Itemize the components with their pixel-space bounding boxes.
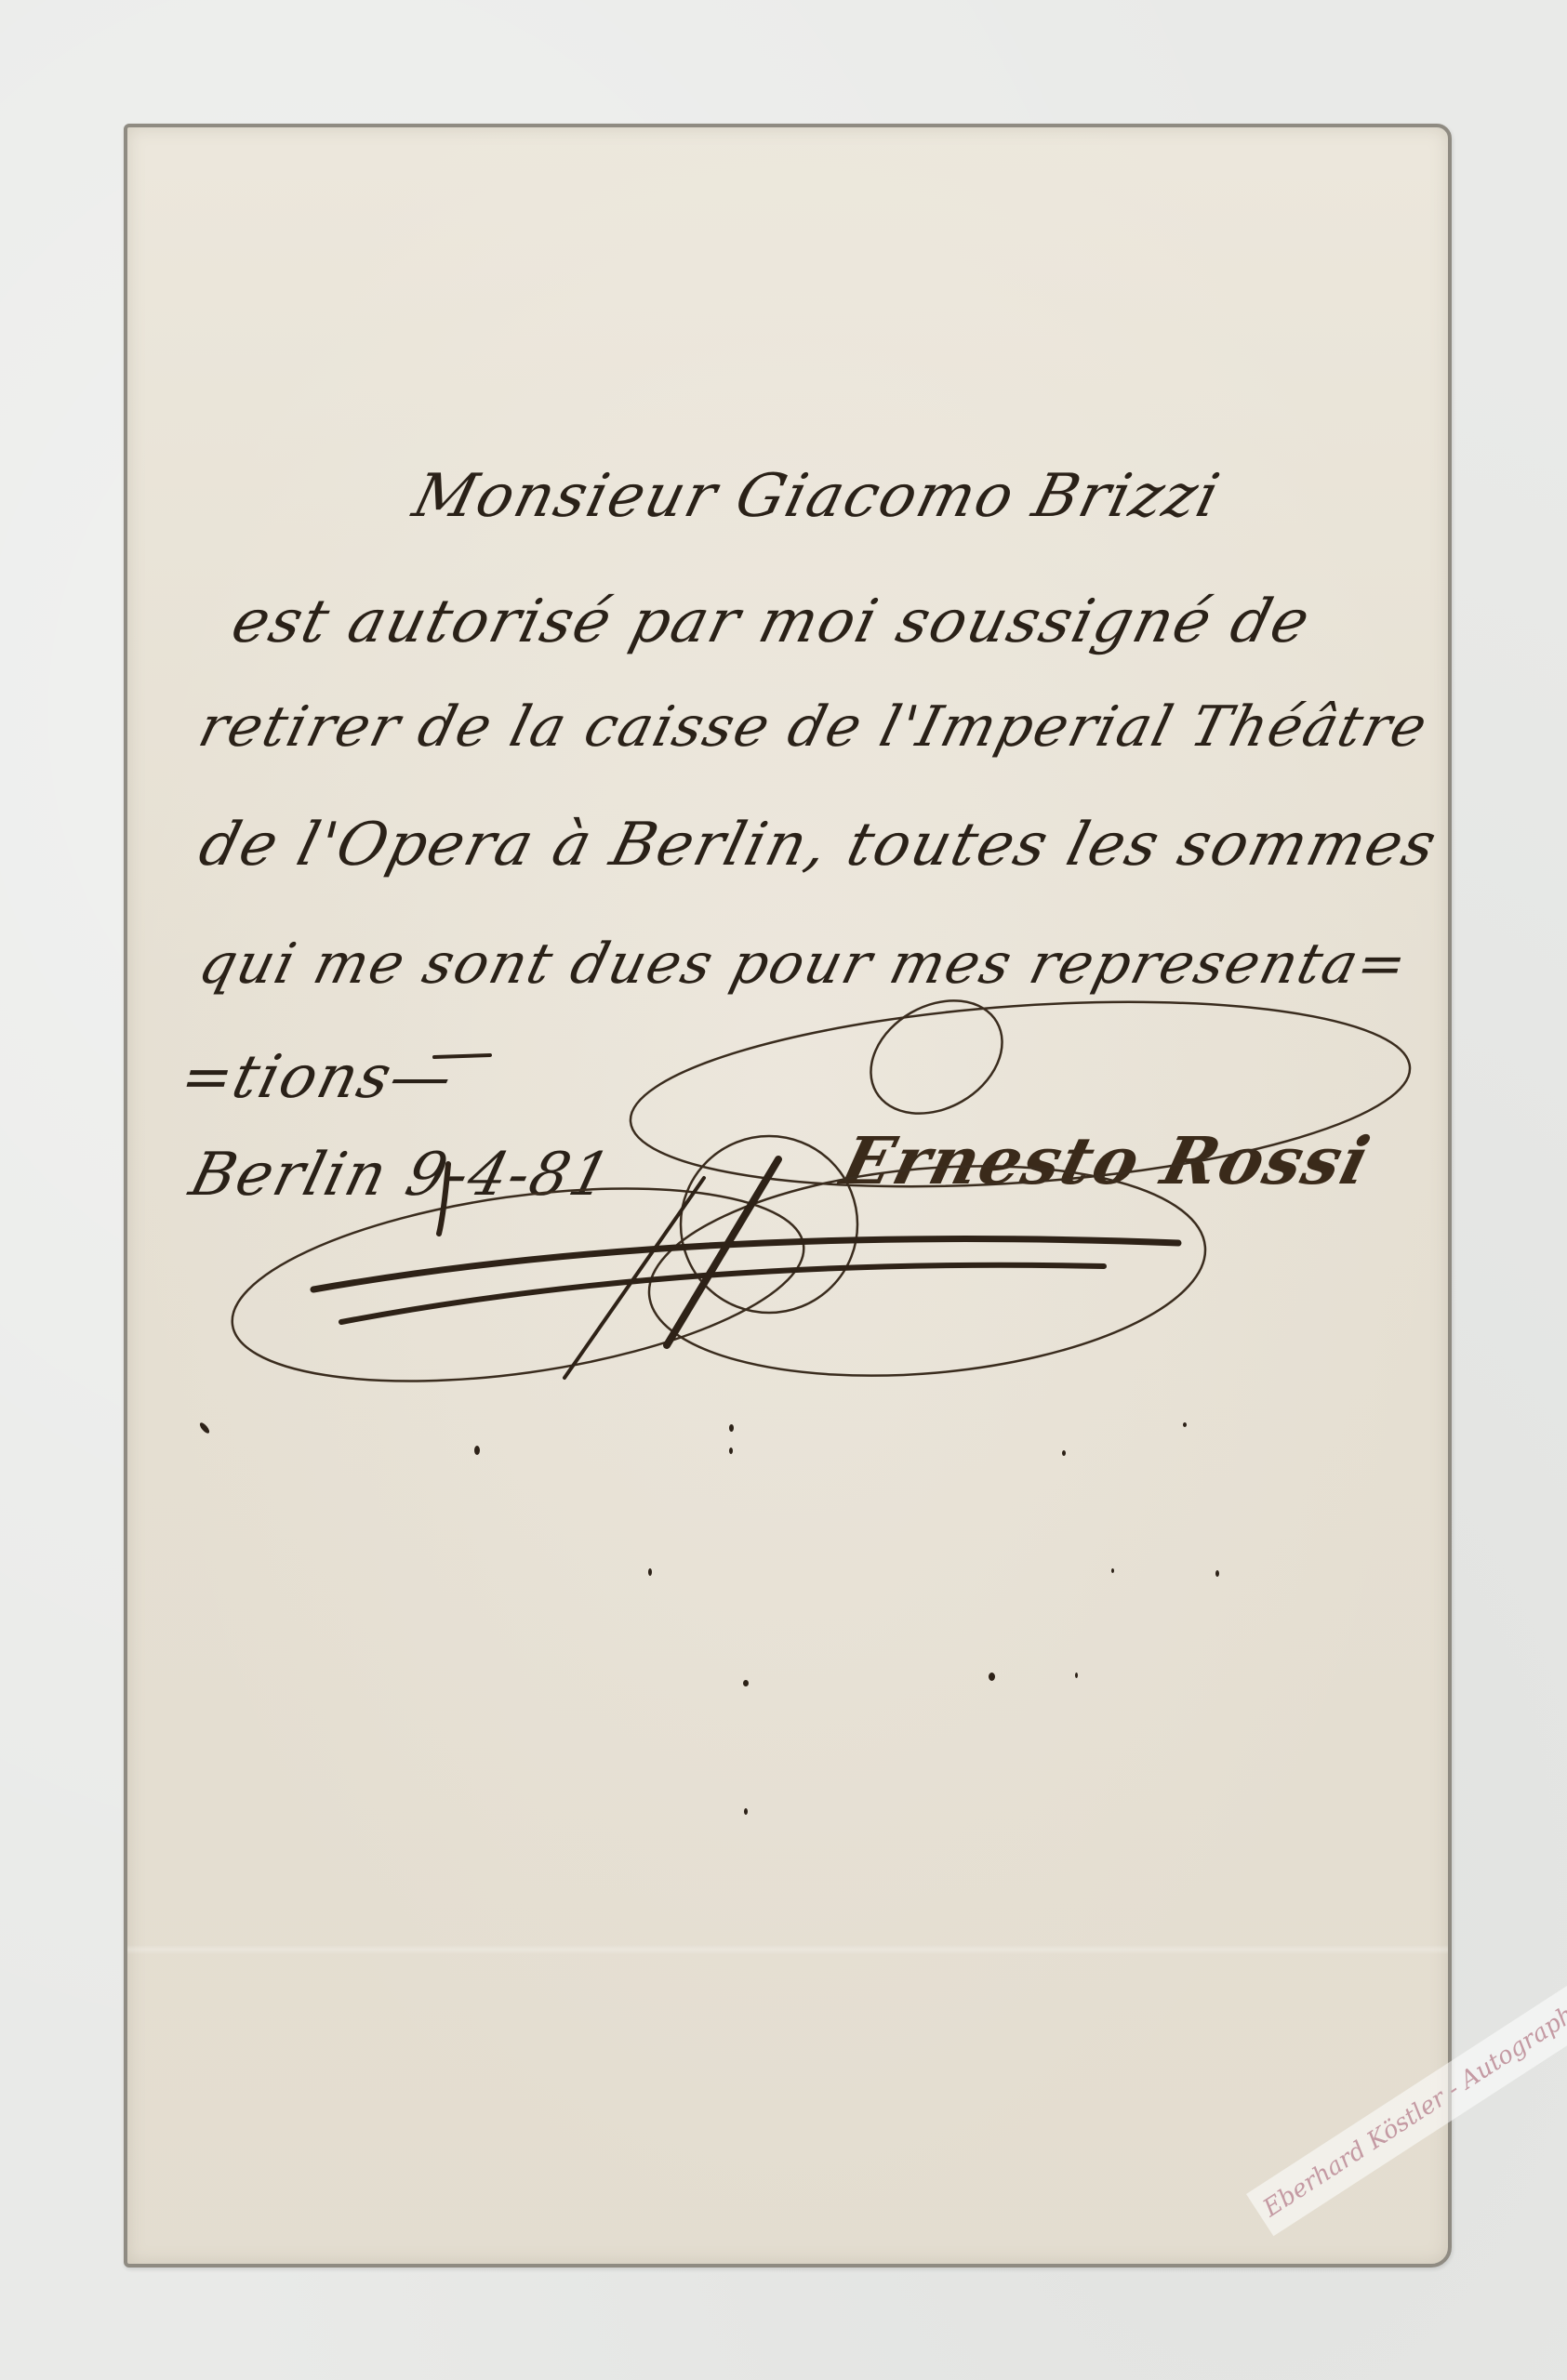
letter-line-2: est autorisé par moi soussigné de xyxy=(225,588,1318,656)
letter-line-6: =tions— xyxy=(174,1043,461,1112)
letter-line-3: retirer de la caisse de l'Imperial Théât… xyxy=(193,694,1435,760)
ink-speck xyxy=(743,1680,749,1686)
ink-speck xyxy=(744,1808,748,1815)
ink-speck xyxy=(474,1446,480,1455)
letter-paper: Monsieur Giacomo Brizzi est autorisé par… xyxy=(124,124,1452,2268)
ink-speck xyxy=(648,1568,652,1576)
letter-line-salutation: Monsieur Giacomo Brizzi xyxy=(406,462,1228,531)
ink-speck xyxy=(1215,1570,1219,1577)
ink-speck xyxy=(729,1424,734,1432)
ink-speck xyxy=(198,1421,211,1435)
letter-line-4: de l'Opera à Berlin, toutes les sommes xyxy=(193,811,1444,879)
date-line: Berlin 9-4-81 xyxy=(183,1141,619,1210)
ink-speck xyxy=(1062,1450,1066,1456)
ink-speck xyxy=(1075,1673,1078,1678)
ink-speck xyxy=(1111,1568,1114,1573)
letter-body: Monsieur Giacomo Brizzi est autorisé par… xyxy=(127,127,1448,2264)
ink-speck xyxy=(1183,1422,1187,1427)
ink-speck xyxy=(989,1673,995,1681)
letter-line-5: qui me sont dues pour mes representa= xyxy=(193,932,1414,997)
ink-speck xyxy=(729,1448,733,1454)
signature: Ernesto Rossi xyxy=(834,1122,1378,1199)
